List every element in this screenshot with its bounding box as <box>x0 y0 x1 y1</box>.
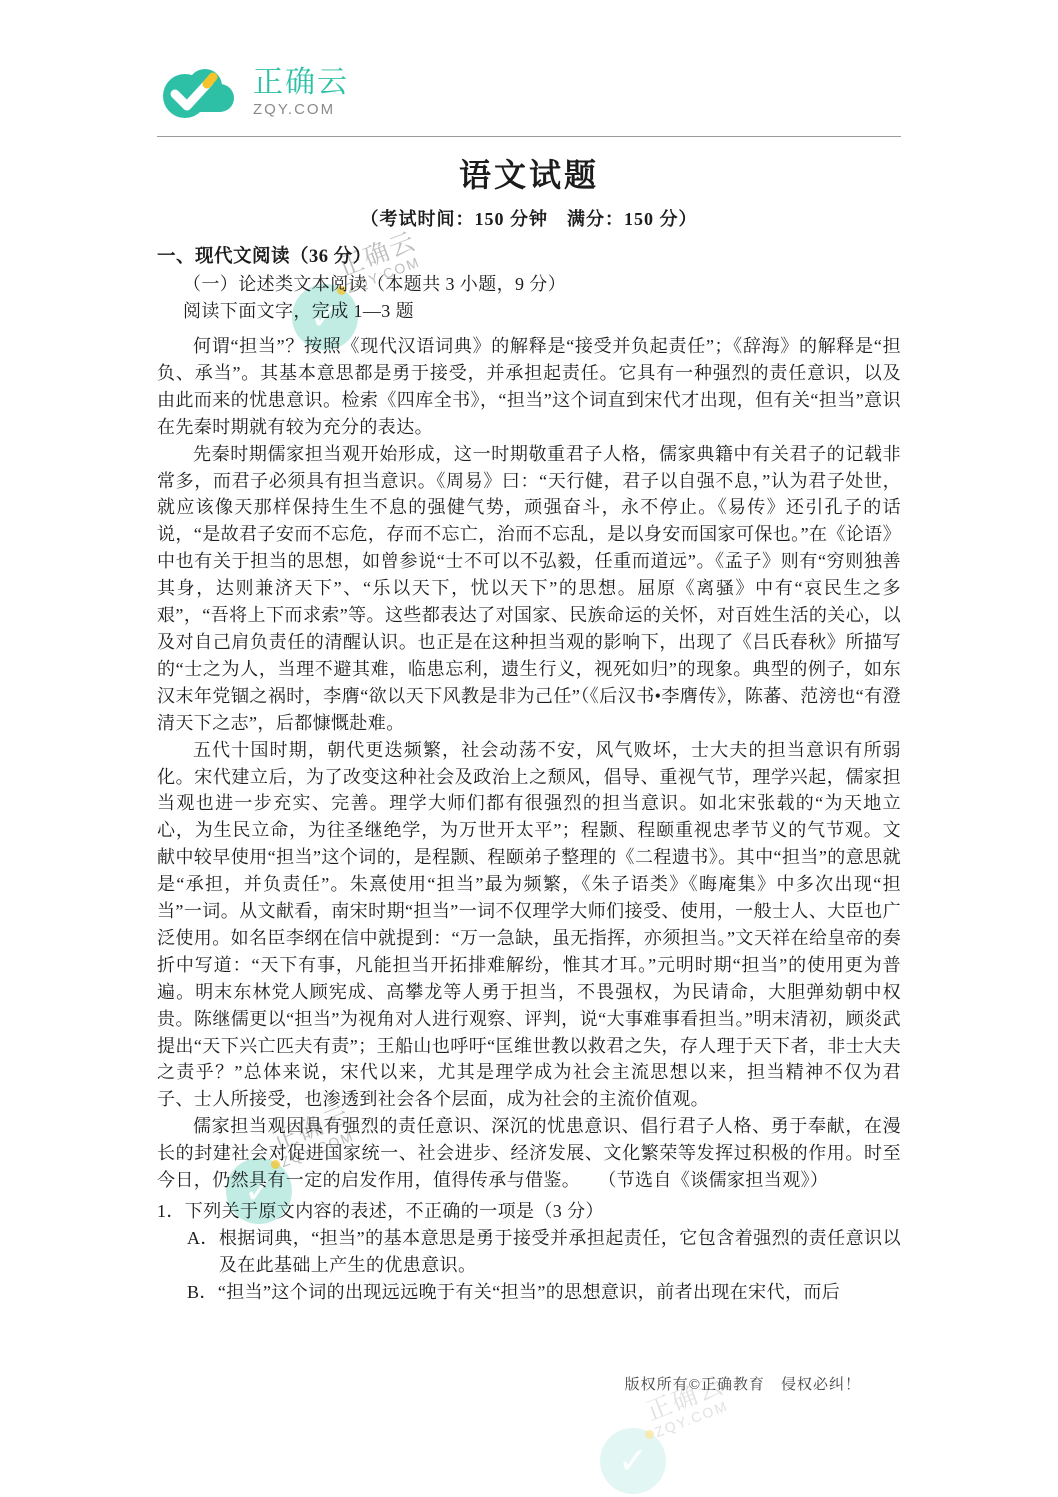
exam-info-subtitle: （考试时间：150 分钟 满分：150 分） <box>157 205 901 233</box>
option-label: B． <box>187 1279 218 1306</box>
logo-brand: 正确云 <box>253 68 349 98</box>
option-text: “担当”这个词的出现远远晚于有关“担当”的思想意识，前者出现在宋代，而后 <box>218 1279 901 1306</box>
logo-domain: ZQY.COM <box>253 102 349 117</box>
subsection-heading: （一）论述类文本阅读（本题共 3 小题，9 分） <box>157 271 901 298</box>
check-icon: ✓ <box>600 1428 666 1494</box>
passage-paragraph-2: 先秦时期儒家担当观开始形成，这一时期敬重君子人格，儒家典籍中有关君子的记载非常多… <box>157 441 901 737</box>
question-1: 1．下列关于原文内容的表述，不正确的一项是（3 分） A． 根据词典，“担当”的… <box>157 1198 901 1306</box>
zqy-watermark: ✓ 正确云 ZQY.COM <box>600 1382 760 1494</box>
passage-paragraph-4: 儒家担当观因具有强烈的责任意识、深沉的忧患意识、倡行君子人格、勇于奉献，在漫长的… <box>157 1113 901 1194</box>
reading-instruction: 阅读下面文字，完成 1—3 题 <box>157 298 901 325</box>
yellow-dot-icon <box>645 1430 654 1439</box>
option-text: 根据词典，“担当”的基本意思是勇于接受并承担起责任，它包含着强烈的责任意识以及在… <box>219 1225 901 1279</box>
option-a: A． 根据词典，“担当”的基本意思是勇于接受并承担起责任，它包含着强烈的责任意识… <box>157 1225 901 1279</box>
cloud-check-icon: ✓ <box>600 1428 666 1494</box>
header: 正确云 ZQY.COM <box>157 60 901 137</box>
question-stem: 1．下列关于原文内容的表述，不正确的一项是（3 分） <box>157 1198 901 1225</box>
exam-paper-page: ✓ 正确云 ZQY.COM ✓ 正确云 ZQY.COM ✓ 正确云 ZQY.CO… <box>0 0 1058 1497</box>
watermark-domain: ZQY.COM <box>653 1397 734 1440</box>
copyright-footer: 版权所有©正确教育 侵权必纠！ <box>157 1374 901 1396</box>
passage-paragraph-3: 五代十国时期，朝代更迭频繁，社会动荡不安，风气败坏，士大夫的担当意识有所弱化。宋… <box>157 737 901 1114</box>
reading-passage: 何谓“担当”？按照《现代汉语词典》的解释是“接受并负起责任”；《辞海》的解释是“… <box>157 333 901 1194</box>
page-title: 语文试题 <box>157 153 901 197</box>
option-label: A． <box>187 1225 219 1252</box>
page-content: 正确云 ZQY.COM 语文试题 （考试时间：150 分钟 满分：150 分） … <box>0 0 1058 1396</box>
zqy-logo: 正确云 ZQY.COM <box>157 60 901 124</box>
logo-text: 正确云 ZQY.COM <box>253 68 349 117</box>
cloud-check-icon <box>157 60 243 124</box>
passage-paragraph-1: 何谓“担当”？按照《现代汉语词典》的解释是“接受并负起责任”；《辞海》的解释是“… <box>157 333 901 441</box>
option-b: B． “担当”这个词的出现远远晚于有关“担当”的思想意识，前者出现在宋代，而后 <box>157 1279 901 1306</box>
section-heading: 一、现代文阅读（36 分） <box>157 243 901 271</box>
source-note: （节选自《谈儒家担当观》） <box>607 1170 828 1190</box>
